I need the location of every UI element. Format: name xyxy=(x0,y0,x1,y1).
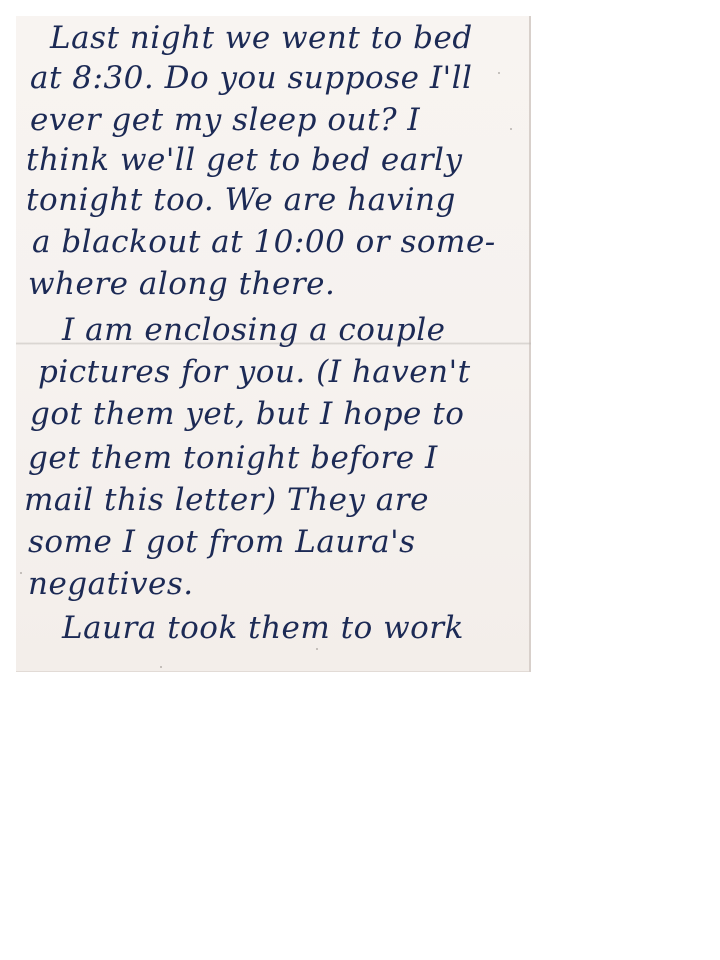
letter-line: some I got from Laura's xyxy=(28,524,416,560)
letter-line: got them yet, but I hope to xyxy=(30,396,464,432)
letter-line: negatives. xyxy=(28,566,194,602)
letter-page: Last night we went to bed at 8:30. Do yo… xyxy=(16,16,531,672)
paper-speck xyxy=(498,72,500,74)
letter-line: Last night we went to bed xyxy=(50,20,473,56)
letter-line: mail this letter) They are xyxy=(24,482,429,518)
letter-line: tonight too. We are having xyxy=(26,182,456,218)
letter-line: get them tonight before I xyxy=(28,440,438,476)
letter-line: ever get my sleep out? I xyxy=(30,102,420,138)
letter-line: pictures for you. (I haven't xyxy=(38,354,471,390)
letter-line: where along there. xyxy=(28,266,335,302)
letter-line: Laura took them to work xyxy=(62,610,464,646)
paper-speck xyxy=(20,572,22,574)
paper-speck xyxy=(160,666,162,668)
letter-line: think we'll get to bed early xyxy=(26,142,462,178)
letter-line: a blackout at 10:00 or some- xyxy=(32,224,496,260)
letter-line: at 8:30. Do you suppose I'll xyxy=(30,60,472,96)
paper-speck xyxy=(316,648,318,650)
letter-line: I am enclosing a couple xyxy=(62,312,446,348)
paper-speck xyxy=(510,128,512,130)
